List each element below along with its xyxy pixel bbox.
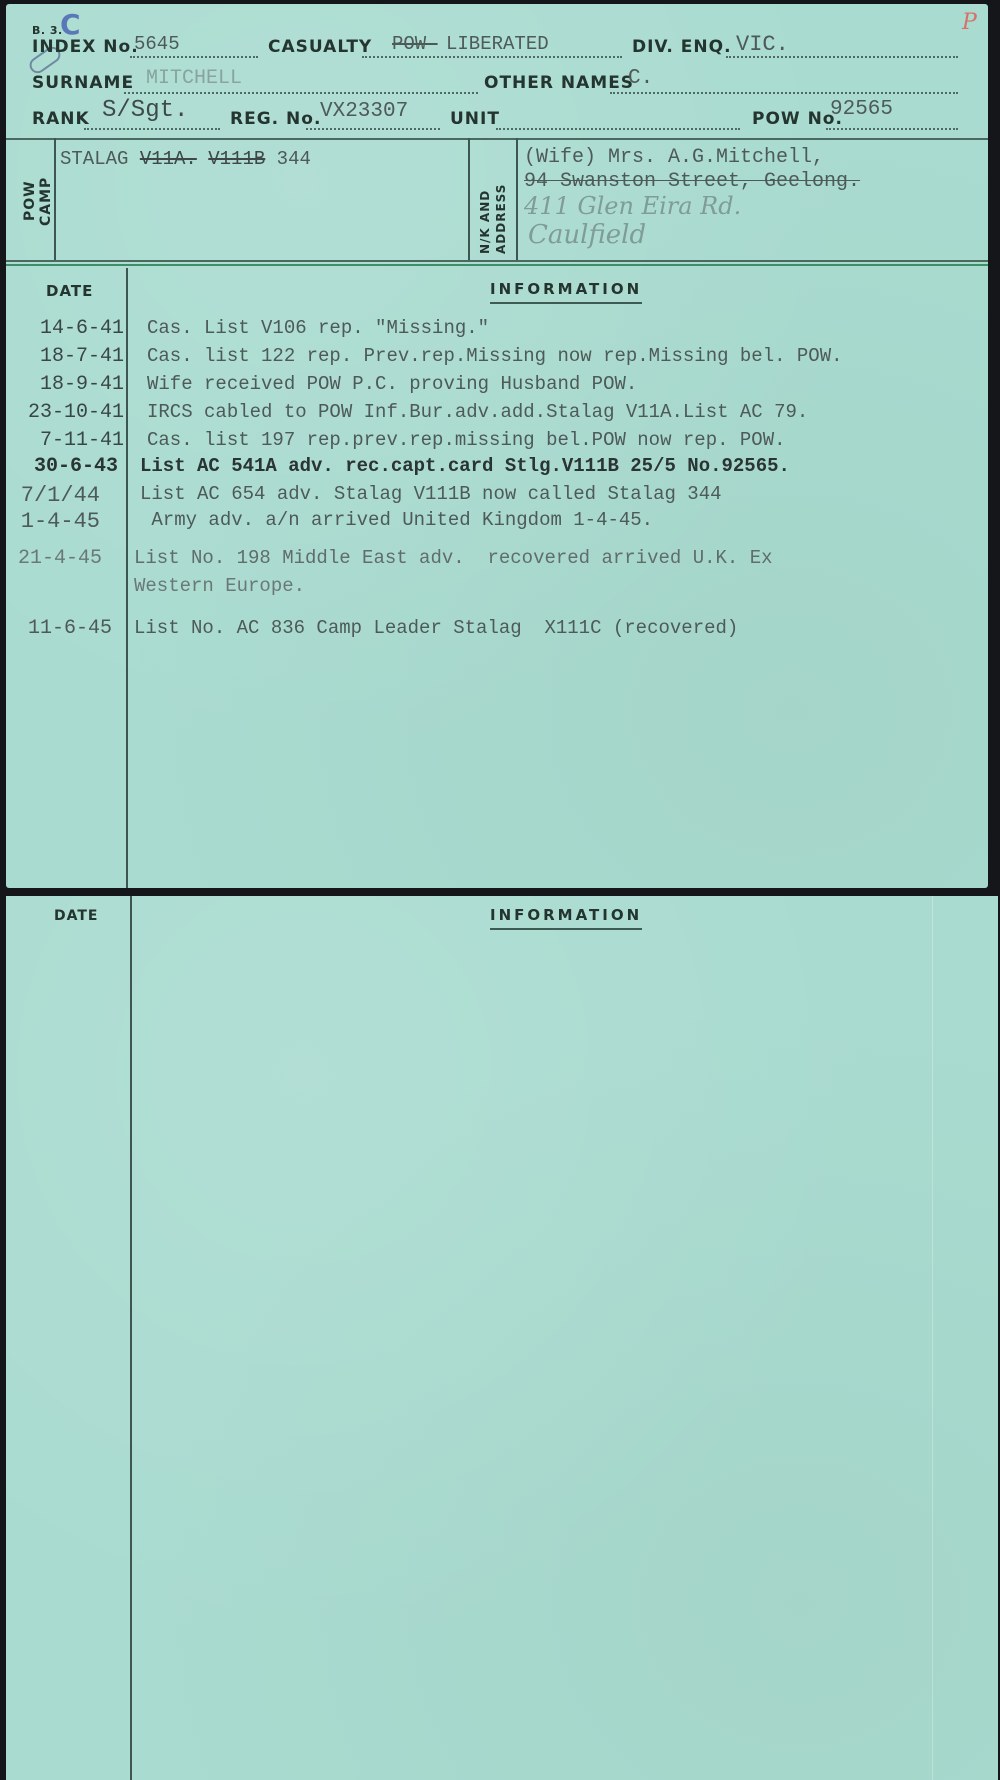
date-column-divider (130, 896, 132, 1780)
date-header: DATE (54, 908, 98, 924)
record-card-front: B. 3. C P INDEX No. 5645 CASUALTY POW- L… (6, 4, 988, 888)
entries-list: 14-6-41 Cas. List V106 rep. "Missing." 1… (6, 4, 988, 888)
card-crease (932, 896, 933, 1780)
record-card-back: DATE INFORMATION (6, 896, 998, 1780)
information-header: INFORMATION (490, 906, 642, 930)
